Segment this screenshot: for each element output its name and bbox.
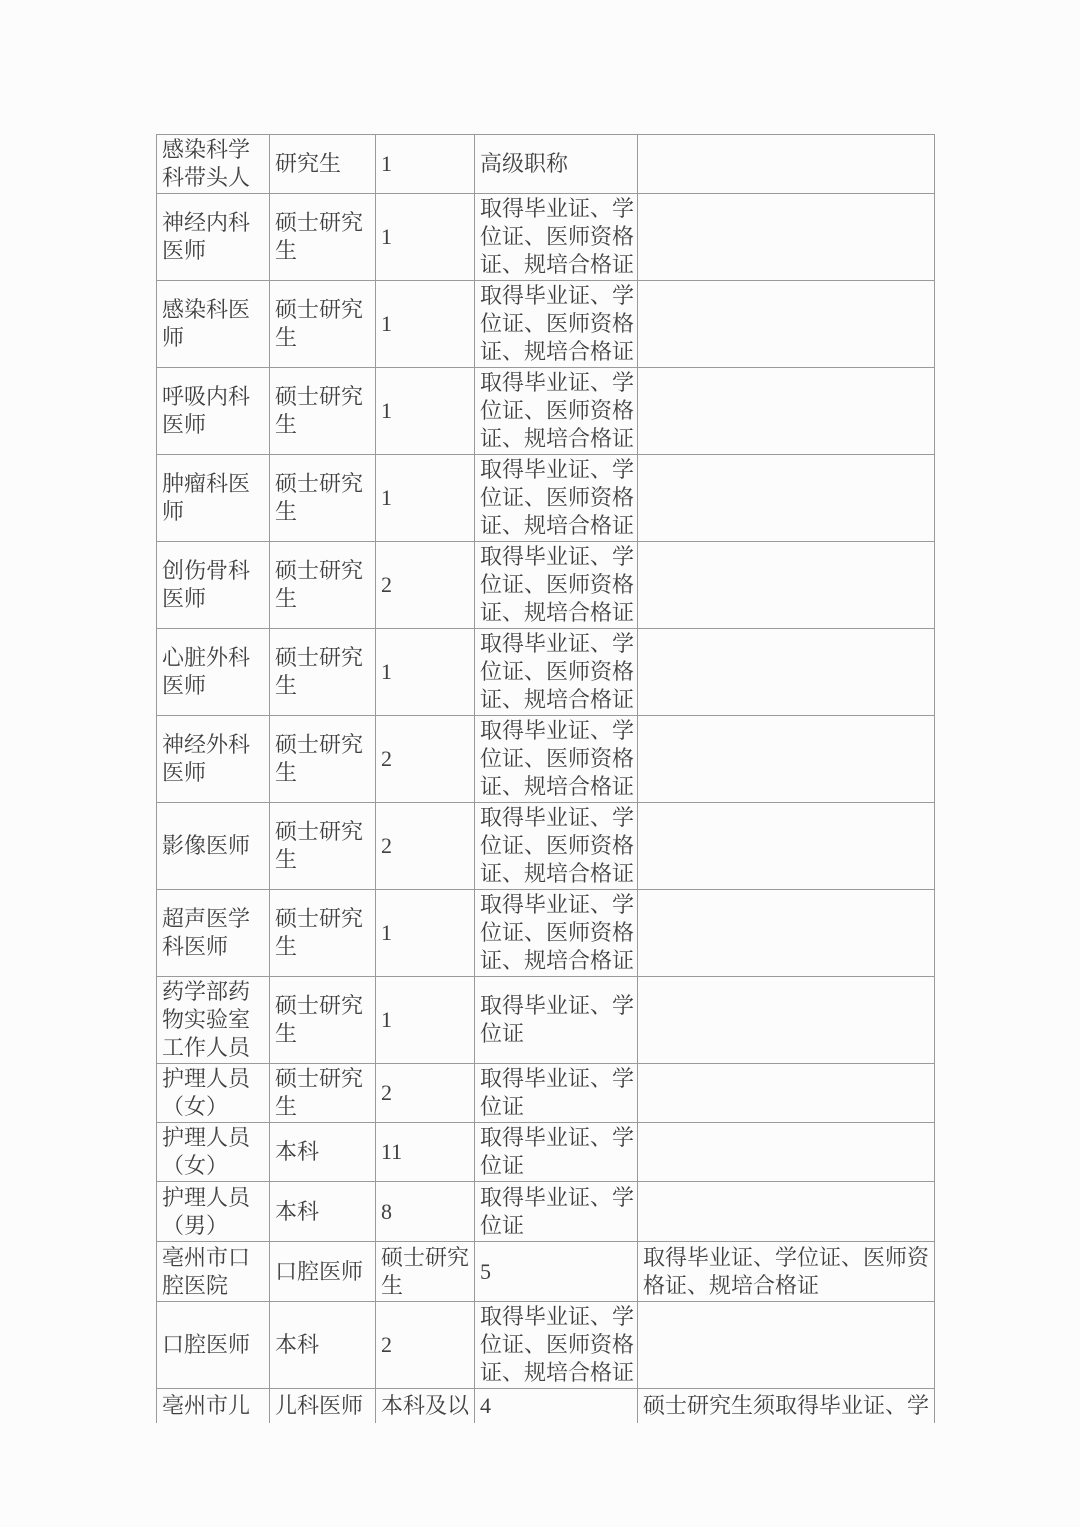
cell-requirement: 取得毕业证、学位证、医师资 格证、规培合格证 — [638, 1242, 935, 1302]
cell-position: 超声医学 科医师 — [157, 890, 270, 977]
cell-count: 2 — [376, 803, 475, 890]
cell-position: 创伤骨科 医师 — [157, 542, 270, 629]
document-page: 感染科学 科带头人 研究生 1 高级职称 神经内科 医师 硕士研究 生 1 取得… — [0, 0, 1080, 1527]
table-row-cut-off: 亳州市儿 儿科医师 本科及以 4 硕士研究生须取得毕业证、学 — [157, 1389, 935, 1423]
cell-extra — [638, 803, 935, 890]
cell-requirement: 取得毕业证、学 位证、医师资格 证、规培合格证 — [475, 803, 638, 890]
table-row: 心脏外科 医师 硕士研究 生 1 取得毕业证、学 位证、医师资格 证、规培合格证 — [157, 629, 935, 716]
cell-position: 感染科学 科带头人 — [157, 135, 270, 194]
cell-position: 护理人员 （男） — [157, 1182, 270, 1242]
cell-extra — [638, 890, 935, 977]
table-row: 肿瘤科医 师 硕士研究 生 1 取得毕业证、学 位证、医师资格 证、规培合格证 — [157, 455, 935, 542]
cell-position: 神经外科 医师 — [157, 716, 270, 803]
table-row: 超声医学 科医师 硕士研究 生 1 取得毕业证、学 位证、医师资格 证、规培合格… — [157, 890, 935, 977]
cell-requirement: 取得毕业证、学 位证、医师资格 证、规培合格证 — [475, 368, 638, 455]
cell-education: 研究生 — [270, 135, 376, 194]
cell-education: 硕士研究 生 — [270, 890, 376, 977]
cell-extra — [638, 135, 935, 194]
table-row: 创伤骨科 医师 硕士研究 生 2 取得毕业证、学 位证、医师资格 证、规培合格证 — [157, 542, 935, 629]
cell-count: 1 — [376, 455, 475, 542]
table-row: 护理人员 （女） 硕士研究 生 2 取得毕业证、学 位证 — [157, 1064, 935, 1123]
cell-extra — [638, 1123, 935, 1182]
cell-position: 呼吸内科 医师 — [157, 368, 270, 455]
cell-requirement: 取得毕业证、学 位证、医师资格 证、规培合格证 — [475, 890, 638, 977]
table-row: 神经内科 医师 硕士研究 生 1 取得毕业证、学 位证、医师资格 证、规培合格证 — [157, 194, 935, 281]
table-row: 影像医师 硕士研究 生 2 取得毕业证、学 位证、医师资格 证、规培合格证 — [157, 803, 935, 890]
cell-requirement: 取得毕业证、学 位证、医师资格 证、规培合格证 — [475, 716, 638, 803]
cell-requirement: 取得毕业证、学 位证、医师资格 证、规培合格证 — [475, 629, 638, 716]
cell-position: 肿瘤科医 师 — [157, 455, 270, 542]
cell-count: 1 — [376, 890, 475, 977]
cell-requirement: 取得毕业证、学 位证、医师资格 证、规培合格证 — [475, 455, 638, 542]
cell-count: 1 — [376, 368, 475, 455]
cell-requirement: 硕士研究生须取得毕业证、学 — [638, 1389, 935, 1423]
cell-position: 儿科医师 — [270, 1389, 376, 1423]
cell-education: 硕士研究 生 — [270, 716, 376, 803]
table-row: 感染科学 科带头人 研究生 1 高级职称 — [157, 135, 935, 194]
cell-requirement: 取得毕业证、学 位证、医师资格 证、规培合格证 — [475, 542, 638, 629]
table-row: 呼吸内科 医师 硕士研究 生 1 取得毕业证、学 位证、医师资格 证、规培合格证 — [157, 368, 935, 455]
cell-count: 4 — [475, 1389, 638, 1423]
cell-hospital: 亳州市口 腔医院 — [157, 1242, 270, 1302]
table-row: 口腔医师 本科 2 取得毕业证、学 位证、医师资格 证、规培合格证 — [157, 1302, 935, 1389]
cell-position: 药学部药 物实验室 工作人员 — [157, 977, 270, 1064]
cell-extra — [638, 977, 935, 1064]
recruitment-table: 感染科学 科带头人 研究生 1 高级职称 神经内科 医师 硕士研究 生 1 取得… — [156, 134, 935, 1423]
cell-count: 2 — [376, 1064, 475, 1123]
cell-count: 11 — [376, 1123, 475, 1182]
cell-count: 5 — [475, 1242, 638, 1302]
cell-extra — [638, 368, 935, 455]
cell-extra — [638, 542, 935, 629]
table-row: 护理人员 （男） 本科 8 取得毕业证、学 位证 — [157, 1182, 935, 1242]
cell-hospital: 亳州市儿 — [157, 1389, 270, 1423]
cell-requirement: 取得毕业证、学 位证、医师资格 证、规培合格证 — [475, 1302, 638, 1389]
cell-education: 本科 — [270, 1302, 376, 1389]
cell-count: 8 — [376, 1182, 475, 1242]
cell-count: 1 — [376, 977, 475, 1064]
cell-extra — [638, 1064, 935, 1123]
cell-position: 影像医师 — [157, 803, 270, 890]
cell-position: 口腔医师 — [157, 1302, 270, 1389]
cell-extra — [638, 1302, 935, 1389]
cell-count: 2 — [376, 1302, 475, 1389]
cell-count: 2 — [376, 542, 475, 629]
cell-extra — [638, 281, 935, 368]
cell-education: 硕士研究 生 — [270, 1064, 376, 1123]
table-row: 护理人员 （女） 本科 11 取得毕业证、学 位证 — [157, 1123, 935, 1182]
cell-position: 护理人员 （女） — [157, 1064, 270, 1123]
table-row: 药学部药 物实验室 工作人员 硕士研究 生 1 取得毕业证、学 位证 — [157, 977, 935, 1064]
cell-education: 硕士研究 生 — [270, 194, 376, 281]
cell-requirement: 取得毕业证、学 位证 — [475, 1064, 638, 1123]
cell-position: 神经内科 医师 — [157, 194, 270, 281]
cell-position: 感染科医 师 — [157, 281, 270, 368]
cell-education: 本科 — [270, 1123, 376, 1182]
cell-count: 1 — [376, 281, 475, 368]
cell-education: 硕士研究 生 — [270, 368, 376, 455]
cell-extra — [638, 194, 935, 281]
cell-requirement: 取得毕业证、学 位证、医师资格 证、规培合格证 — [475, 281, 638, 368]
cell-education: 硕士研究 生 — [376, 1242, 475, 1302]
cell-count: 1 — [376, 629, 475, 716]
cell-extra — [638, 629, 935, 716]
cell-extra — [638, 455, 935, 542]
cell-requirement: 取得毕业证、学 位证、医师资格 证、规培合格证 — [475, 194, 638, 281]
cell-position: 护理人员 （女） — [157, 1123, 270, 1182]
table-row: 神经外科 医师 硕士研究 生 2 取得毕业证、学 位证、医师资格 证、规培合格证 — [157, 716, 935, 803]
cell-requirement: 取得毕业证、学 位证 — [475, 977, 638, 1064]
cell-education: 硕士研究 生 — [270, 803, 376, 890]
cell-education: 本科 — [270, 1182, 376, 1242]
cell-count: 2 — [376, 716, 475, 803]
cell-count: 1 — [376, 194, 475, 281]
cell-requirement: 取得毕业证、学 位证 — [475, 1123, 638, 1182]
cell-education: 硕士研究 生 — [270, 281, 376, 368]
cell-education: 本科及以 — [376, 1389, 475, 1423]
cell-education: 硕士研究 生 — [270, 629, 376, 716]
cell-position: 心脏外科 医师 — [157, 629, 270, 716]
cell-requirement: 取得毕业证、学 位证 — [475, 1182, 638, 1242]
cell-count: 1 — [376, 135, 475, 194]
cell-extra — [638, 1182, 935, 1242]
cell-education: 硕士研究 生 — [270, 542, 376, 629]
cell-education: 硕士研究 生 — [270, 977, 376, 1064]
cell-extra — [638, 716, 935, 803]
table-row: 感染科医 师 硕士研究 生 1 取得毕业证、学 位证、医师资格 证、规培合格证 — [157, 281, 935, 368]
cell-education: 硕士研究 生 — [270, 455, 376, 542]
cell-requirement: 高级职称 — [475, 135, 638, 194]
cell-position: 口腔医师 — [270, 1242, 376, 1302]
table-row: 亳州市口 腔医院 口腔医师 硕士研究 生 5 取得毕业证、学位证、医师资 格证、… — [157, 1242, 935, 1302]
